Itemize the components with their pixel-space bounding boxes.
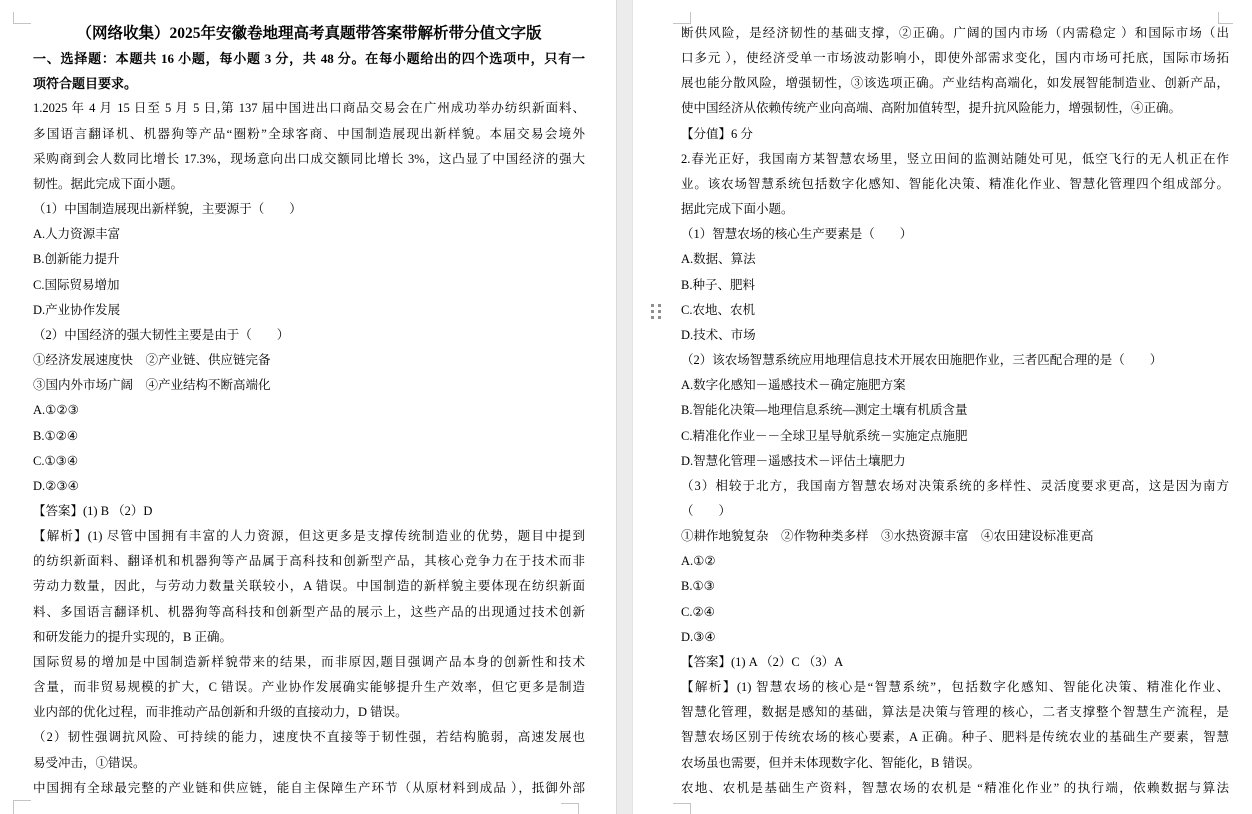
margin-crop-mark <box>673 12 691 24</box>
text-line: 2.春光正好，我国南方某智慧农场里，竖立田间的监测站随处可见，低空飞行的无人机正… <box>681 147 1229 172</box>
text-line: B.①③ <box>681 574 1229 599</box>
drag-handle-dot <box>658 316 661 319</box>
document-page-left: （网络收集）2025年安徽卷地理高考真题带答案带解析带分值文字版一、选择题：本题… <box>0 0 617 814</box>
text-line: D.②③④ <box>33 474 585 499</box>
text-line: 据此完成下面小题。 <box>681 197 1229 222</box>
text-line: A.数字化感知－遥感技术－确定施肥方案 <box>681 373 1229 398</box>
text-line: D.智慧化管理－遥感技术－评估土壤肥力 <box>681 449 1229 474</box>
margin-crop-mark <box>1218 12 1233 24</box>
text-line: B.创新能力提升 <box>33 247 585 272</box>
text-line: B.智能化决策—地理信息系统—测定土壤有机质含量 <box>681 398 1229 423</box>
drag-handle-dot <box>651 316 654 319</box>
margin-crop-mark <box>13 800 31 814</box>
page-left-text-area[interactable]: （网络收集）2025年安徽卷地理高考真题带答案带解析带分值文字版一、选择题：本题… <box>33 21 585 801</box>
text-line: 采购商到会人数同比增长 17.3%，现场意向出口成交额同比增长 3%，这凸显了中… <box>33 147 585 172</box>
text-line: 项符合题目要求。 <box>33 71 585 96</box>
text-line: （2）该农场智慧系统应用地理信息技术开展农田施肥作业，三者匹配合理的是（ ） <box>681 348 1229 373</box>
drag-handle-icon[interactable] <box>651 304 661 322</box>
text-line: C.农地、农机 <box>681 298 1229 323</box>
text-line: 农地、农机是基础生产资料，智慧农场的农机是 “精准化作业” 的执行端，依赖数据与… <box>681 776 1229 801</box>
text-line: 【答案】(1) B （2）D <box>33 499 585 524</box>
text-line: 口多元 ），使经济受单一市场波动影响小，即使外部需求变化，国内市场可托底，国际市… <box>681 46 1229 71</box>
drag-handle-dot <box>658 304 661 307</box>
text-line: 多国语言翻译机、机器狗等产品“圈粉”全球客商、中国制造展现出新样貌。本届交易会境… <box>33 122 585 147</box>
text-line: A.①② <box>681 549 1229 574</box>
text-line: 使中国经济从依赖传统产业向高端、高附加值转型，提升抗风险能力，增强韧性，④正确。 <box>681 96 1229 121</box>
text-line: D.技术、市场 <box>681 323 1229 348</box>
text-line: （2）中国经济的强大韧性主要是由于（ ） <box>33 323 585 348</box>
text-line: 展也能分散风险，增强韧性，③该选项正确。产业结构高端化，如发展智能制造业、创新产… <box>681 71 1229 96</box>
text-line: ①经济发展速度快 ②产业链、供应链完备 <box>33 348 585 373</box>
text-line: C.①③④ <box>33 449 585 474</box>
text-line: A.①②③ <box>33 398 585 423</box>
text-line: 含量，而非贸易规模的扩大，C 错误。产业协作发展确实能够提升生产效率，但它更多是… <box>33 675 585 700</box>
text-line: 智慧化管理，数据是感知的基础，算法是决策与管理的核心，二者支撑整个智慧生产流程，… <box>681 700 1229 725</box>
text-line: 【解析】(1) 智慧农场的核心是“智慧系统”，包括数字化感知、智能化决策、精准化… <box>681 675 1229 700</box>
text-line: （网络收集）2025年安徽卷地理高考真题带答案带解析带分值文字版 <box>33 21 585 46</box>
text-line: A.数据、算法 <box>681 247 1229 272</box>
text-line: 【解析】(1) 尽管中国拥有丰富的人力资源，但这更多是支撑传统制造业的优势，题目… <box>33 524 585 549</box>
drag-handle-dot <box>658 310 661 313</box>
text-line: 业内部的优化过程，而非推动产品创新和升级的直接动力，D 错误。 <box>33 700 585 725</box>
margin-crop-mark <box>13 12 31 24</box>
text-line: D.③④ <box>681 625 1229 650</box>
drag-handle-dot <box>651 310 654 313</box>
text-line: 断供风险，是经济韧性的基础支撑，②正确。广阔的国内市场（内需稳定 ）和国际市场（… <box>681 21 1229 46</box>
document-page-right: 断供风险，是经济韧性的基础支撑，②正确。广阔的国内市场（内需稳定 ）和国际市场（… <box>632 0 1252 814</box>
text-line: 劳动力数量，因此，与劳动力数量关联较小，A 错误。中国制造的新样貌主要体现在纺织… <box>33 574 585 599</box>
text-line: C.②④ <box>681 600 1229 625</box>
text-line: 的纺织新面料、翻译机和机器狗等产品属于高科技和创新型产品，其核心竞争力在于技术而… <box>33 549 585 574</box>
margin-crop-mark <box>561 803 579 814</box>
text-line: D.产业协作发展 <box>33 298 585 323</box>
text-line: 1.2025 年 4 月 15 日至 5 月 5 日,第 137 届中国进出口商… <box>33 96 585 121</box>
text-line: 业。该农场智慧系统包括数字化感知、智能化决策、精准化作业、智慧化管理四个组成部分… <box>681 172 1229 197</box>
text-line: 智慧农场区别于传统农场的核心要素，A 正确。种子、肥料是传统农业的基础生产要素，… <box>681 725 1229 750</box>
text-line: 农场虽也需要，但并未体现数字化、智能化，B 错误。 <box>681 751 1229 776</box>
text-line: 料、多国语言翻译机、机器狗等高科技和创新型产品的展示上，这些产品的出现通过技术创… <box>33 600 585 625</box>
margin-crop-mark <box>673 803 691 814</box>
text-line: （1）中国制造展现出新样貌，主要源于（ ） <box>33 197 585 222</box>
drag-handle-dot <box>651 304 654 307</box>
text-line: A.人力资源丰富 <box>33 222 585 247</box>
text-line: （1）智慧农场的核心生产要素是（ ） <box>681 222 1229 247</box>
text-line: B.种子、肥料 <box>681 273 1229 298</box>
text-line: ③国内外市场广阔 ④产业结构不断高端化 <box>33 373 585 398</box>
text-line: 和研发能力的提升实现的，B 正确。 <box>33 625 585 650</box>
text-line: 易受冲击，①错误。 <box>33 751 585 776</box>
text-line: 中国拥有全球最完整的产业链和供应链，能自主保障生产环节（从原材料到成品 ），抵御… <box>33 776 585 801</box>
text-line: 【答案】(1) A （2）C （3）A <box>681 650 1229 675</box>
text-line: （2）韧性强调抗风险、可持续的能力，速度快不直接等于韧性强，若结构脆弱，高速发展… <box>33 725 585 750</box>
page-right-text-area[interactable]: 断供风险，是经济韧性的基础支撑，②正确。广阔的国内市场（内需稳定 ）和国际市场（… <box>681 21 1229 801</box>
text-line: C.国际贸易增加 <box>33 273 585 298</box>
text-line: 【分值】6 分 <box>681 122 1229 147</box>
text-line: （ ） <box>681 499 1229 524</box>
text-line: B.①②④ <box>33 424 585 449</box>
text-line: C.精准化作业－－全球卫星导航系统－实施定点施肥 <box>681 424 1229 449</box>
text-line: 韧性。据此完成下面小题。 <box>33 172 585 197</box>
text-line: 一、选择题：本题共 16 小题，每小题 3 分，共 48 分。在每小题给出的四个… <box>33 46 585 71</box>
text-line: （3）相较于北方，我国南方智慧农场对决策系统的多样性、灵活度要求更高，这是因为南… <box>681 474 1229 499</box>
text-line: 国际贸易的增加是中国制造新样貌带来的结果，而非原因,题目强调产品本身的创新性和技… <box>33 650 585 675</box>
text-line: ①耕作地貌复杂 ②作物种类多样 ③水热资源丰富 ④农田建设标准更高 <box>681 524 1229 549</box>
